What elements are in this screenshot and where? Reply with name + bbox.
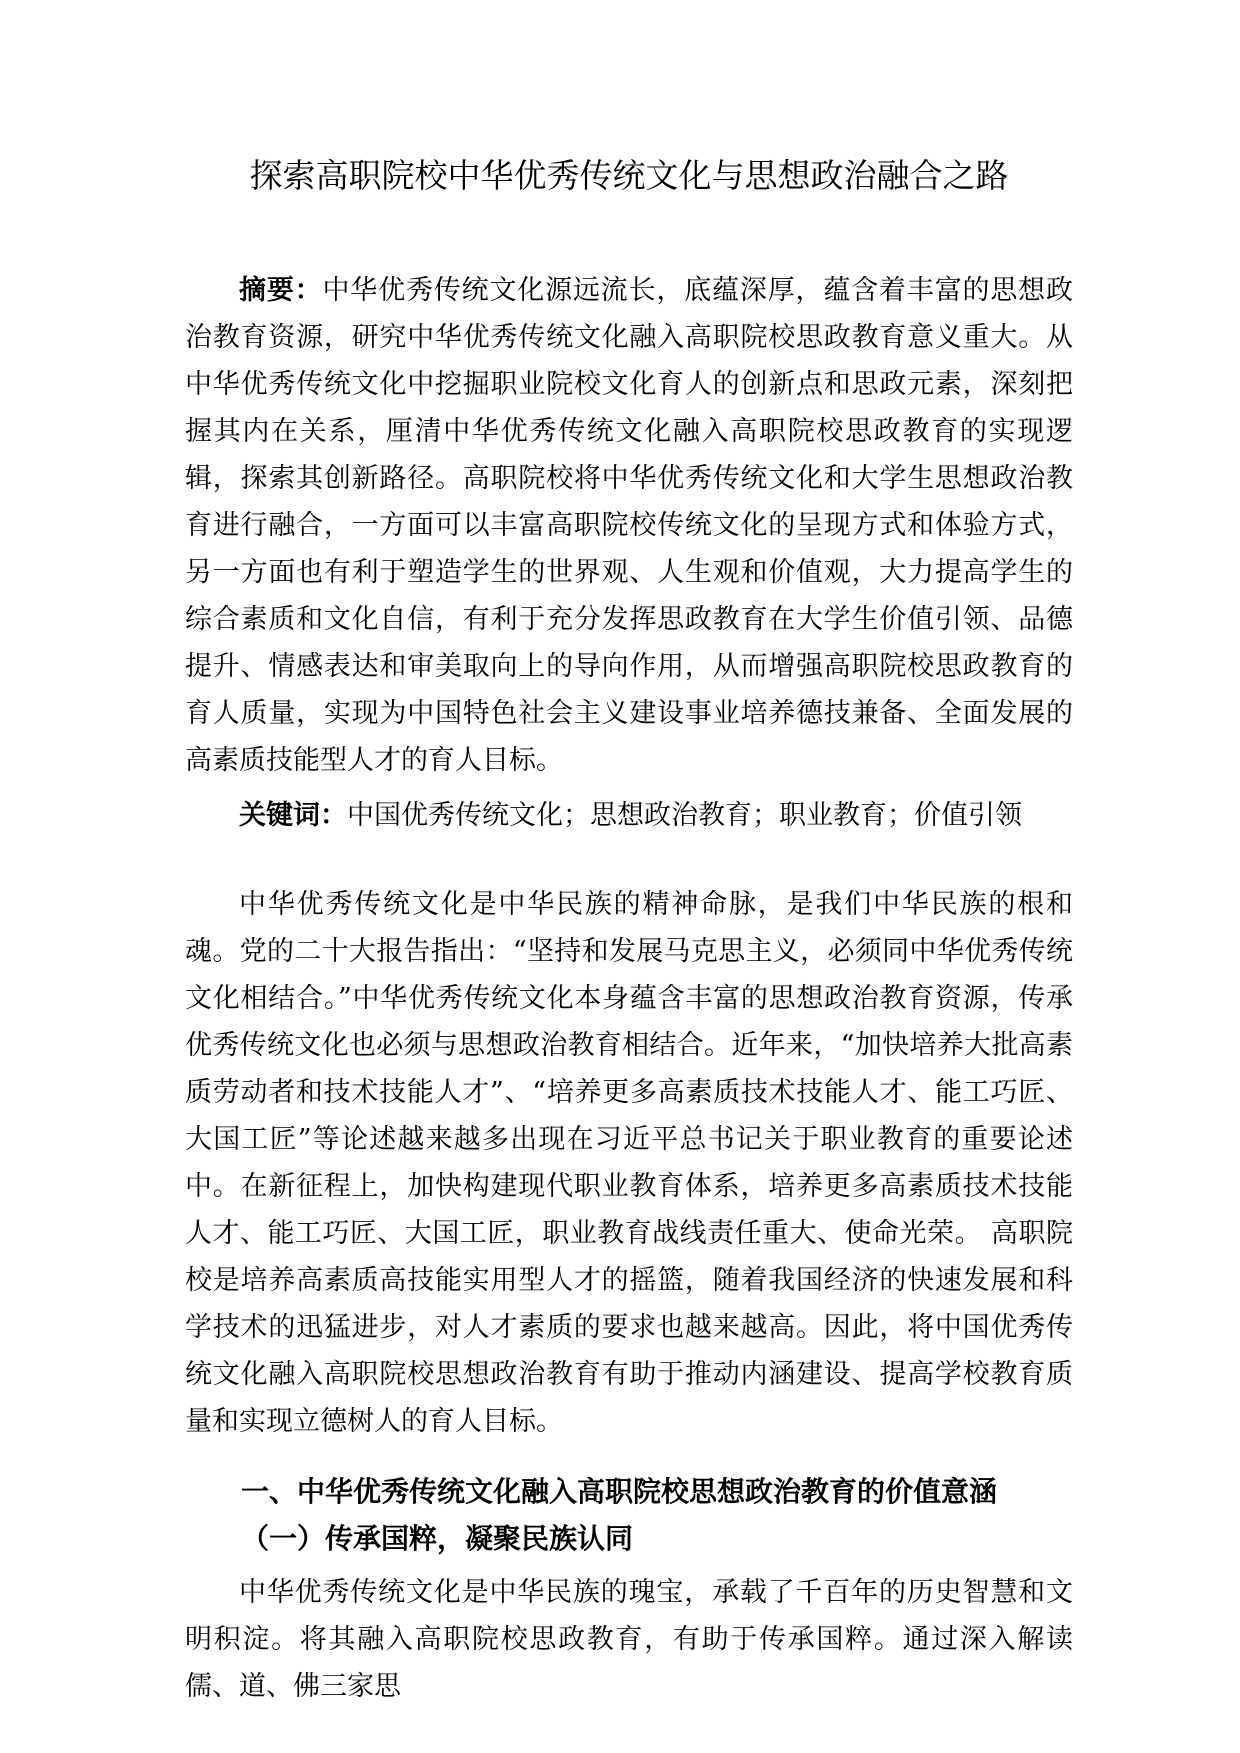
keywords-text: 中国优秀传统文化；思想政治教育；职业教育；价值引领 xyxy=(347,800,1022,831)
subsection-1-1-heading: （一）传承国粹，凝聚民族认同 xyxy=(185,1515,1073,1562)
abstract-label: 摘要： xyxy=(239,275,322,306)
keywords-paragraph: 关键词：中国优秀传统文化；思想政治教育；职业教育；价值引领 xyxy=(185,792,1073,839)
section-1-heading: 一、中华优秀传统文化融入高职院校思想政治教育的价值意涵 xyxy=(185,1468,1073,1515)
subsection-1-1-paragraph: 中华优秀传统文化是中华民族的瑰宝，承载了千百年的历史智慧和文明积淀。将其融入高职… xyxy=(185,1569,1073,1710)
abstract-text: 中华优秀传统文化源远流长，底蕴深厚，蕴含着丰富的思想政治教育资源，研究中华优秀传… xyxy=(185,275,1073,776)
keywords-label: 关键词： xyxy=(239,800,347,831)
abstract-paragraph: 摘要：中华优秀传统文化源远流长，底蕴深厚，蕴含着丰富的思想政治教育资源，研究中华… xyxy=(185,267,1073,784)
document-page: 探索高职院校中华优秀传统文化与思想政治融合之路 摘要：中华优秀传统文化源远流长，… xyxy=(0,0,1240,1753)
document-title: 探索高职院校中华优秀传统文化与思想政治融合之路 xyxy=(185,152,1073,199)
intro-paragraph: 中华优秀传统文化是中华民族的精神命脉，是我们中华民族的根和魂。党的二十大报告指出… xyxy=(185,881,1073,1445)
